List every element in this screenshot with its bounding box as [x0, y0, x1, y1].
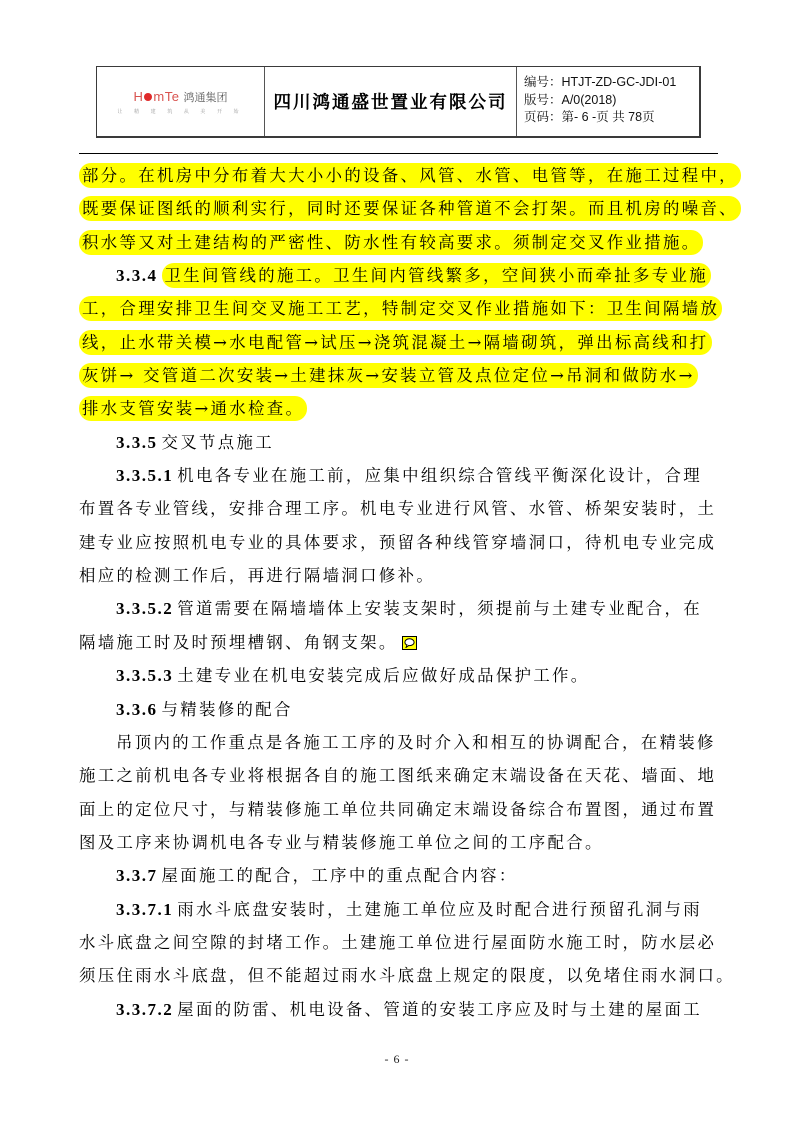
paragraph-text: 屋面施工的配合，工序中的重点配合内容：	[162, 866, 518, 885]
text-line: 积水等又对土建结构的严密性、防水性有较高要求。须制定交叉作业措施。	[79, 226, 721, 259]
section-line: 3.3.7.1雨水斗底盘安装时，土建施工单位应及时配合进行预留孔洞与雨	[79, 893, 721, 926]
logo-brand-en-h: H	[134, 89, 144, 104]
section-line: 3.3.5交叉节点施工	[79, 426, 721, 459]
paragraph-text: 相应的检测工作后，再进行隔墙洞口修补。	[79, 566, 435, 585]
section-line: 3.3.4卫生间管线的施工。卫生间内管线繁多，空间狭小而牵扯多专业施	[79, 259, 721, 292]
paragraph-text: 与精装修的配合	[162, 700, 293, 719]
comment-bubble-icon[interactable]	[402, 636, 417, 650]
paragraph-text: 布置各专业管线，安排合理工序。机电专业进行风管、水管、桥架安装时，土	[79, 499, 716, 518]
paragraph-text: 隔墙施工时及时预埋槽钢、角钢支架。	[79, 633, 398, 652]
paragraph-text: 管道需要在隔墙墙体上安装支架时，须提前与土建专业配合，在	[177, 599, 702, 618]
section-line: 3.3.7屋面施工的配合，工序中的重点配合内容：	[79, 859, 721, 892]
text-line: 水斗底盘之间空隙的封堵工作。土建施工单位进行屋面防水施工时，防水层必	[79, 926, 721, 959]
text-line: 既要保证图纸的顺利实行，同时还要保证各种管道不会打架。而且机房的噪音、	[79, 192, 721, 225]
logo-tagline: 让 精 建 筑 从 美 开 始	[117, 108, 243, 115]
logo-red-dot-icon	[144, 93, 152, 101]
text-line: 工，合理安排卫生间交叉施工工艺，特制定交叉作业措施如下：卫生间隔墙放	[79, 292, 721, 325]
paragraph-text: 屋面的防雷、机电设备、管道的安装工序应及时与土建的屋面工	[177, 1000, 702, 1019]
company-name-cell: 四川鸿通盛世置业有限公司	[265, 67, 517, 136]
text-line: 须压住雨水斗底盘，但不能超过雨水斗底盘上规定的限度，以免堵住雨水洞口。	[79, 959, 721, 992]
section-number: 3.3.5	[116, 433, 158, 452]
text-line: 面上的定位尺寸，与精装修施工单位共同确定末端设备综合布置图，通过布置	[79, 793, 721, 826]
section-number: 3.3.5.1	[116, 466, 173, 485]
paragraph-text: 须压住雨水斗底盘，但不能超过雨水斗底盘上规定的限度，以免堵住雨水洞口。	[79, 966, 735, 985]
highlighted-text: 既要保证图纸的顺利实行，同时还要保证各种管道不会打架。而且机房的噪音、	[79, 196, 741, 221]
section-number: 3.3.5.3	[116, 666, 173, 685]
text-line: 隔墙施工时及时预埋槽钢、角钢支架。	[79, 626, 721, 659]
paragraph-text: 水斗底盘之间空隙的封堵工作。土建施工单位进行屋面防水施工时，防水层必	[79, 933, 716, 952]
paragraph-text: 机电各专业在施工前，应集中组织综合管线平衡深化设计，合理	[177, 466, 702, 485]
paragraph-text: 建专业应按照机电专业的具体要求，预留各种线管穿墙洞口，待机电专业完成	[79, 533, 716, 552]
highlighted-text: 部分。在机房中分布着大大小小的设备、风管、水管、电管等，在施工过程中，	[79, 163, 741, 188]
text-line: 相应的检测工作后，再进行隔墙洞口修补。	[79, 559, 721, 592]
text-line: 吊顶内的工作重点是各施工工序的及时介入和相互的协调配合，在精装修	[79, 726, 721, 759]
highlighted-text: 积水等又对土建结构的严密性、防水性有较高要求。须制定交叉作业措施。	[79, 230, 703, 255]
section-line: 3.3.7.2屋面的防雷、机电设备、管道的安装工序应及时与土建的屋面工	[79, 993, 721, 1026]
logo-brand-cn: 鸿通集团	[183, 89, 227, 105]
page-number: - 6 -	[0, 1052, 794, 1067]
highlighted-text: 工，合理安排卫生间交叉施工工艺，特制定交叉作业措施如下：卫生间隔墙放	[79, 296, 722, 321]
section-number: 3.3.5.2	[116, 599, 173, 618]
paragraph-text: 施工之前机电各专业将根据各自的施工图纸来确定末端设备在天花、墙面、地	[79, 766, 716, 785]
logo-cell: H mTe 鸿通集团 让 精 建 筑 从 美 开 始	[97, 67, 265, 136]
paragraph-text: 面上的定位尺寸，与精装修施工单位共同确定末端设备综合布置图，通过布置	[79, 800, 716, 819]
paragraph-text: 吊顶内的工作重点是各施工工序的及时介入和相互的协调配合，在精装修	[116, 733, 716, 752]
section-line: 3.3.5.2管道需要在隔墙墙体上安装支架时，须提前与土建专业配合，在	[79, 592, 721, 625]
document-header-table: H mTe 鸿通集团 让 精 建 筑 从 美 开 始 四川鸿通盛世置业有限公司 …	[96, 66, 701, 138]
text-line: 布置各专业管线，安排合理工序。机电专业进行风管、水管、桥架安装时，土	[79, 492, 721, 525]
text-line: 建专业应按照机电专业的具体要求，预留各种线管穿墙洞口，待机电专业完成	[79, 526, 721, 559]
highlighted-text: 排水支管安装→通水检查。	[79, 396, 307, 421]
highlighted-text: 灰饼→ 交管道二次安装→土建抹灰→安装立管及点位定位→吊洞和做防水→	[79, 363, 698, 388]
highlighted-text: 线，止水带关模→水电配管→试压→浇筑混凝土→隔墙砌筑，弹出标高线和打	[79, 330, 712, 355]
section-number: 3.3.6	[116, 700, 158, 719]
document-meta-cell: 编号：HTJT-ZD-GC-JDⅠ-01 版号：A/0(2018) 页码：第- …	[517, 67, 699, 136]
section-number: 3.3.7	[116, 866, 158, 885]
paragraph-text: 土建专业在机电安装完成后应做好成品保护工作。	[177, 666, 589, 685]
text-line: 排水支管安装→通水检查。	[79, 392, 721, 425]
paragraph-text: 雨水斗底盘安装时，土建施工单位应及时配合进行预留孔洞与雨	[177, 900, 702, 919]
text-line: 图及工序来协调机电各专业与精装修施工单位之间的工序配合。	[79, 826, 721, 859]
section-number: 3.3.4	[116, 266, 158, 285]
text-line: 部分。在机房中分布着大大小小的设备、风管、水管、电管等，在施工过程中，	[79, 159, 721, 192]
document-version: 版号：A/0(2018)	[524, 92, 699, 110]
paragraph-text: 图及工序来协调机电各专业与精装修施工单位之间的工序配合。	[79, 833, 604, 852]
header-divider-line	[79, 153, 718, 154]
paragraph-text: 交叉节点施工	[162, 433, 274, 452]
section-line: 3.3.5.3土建专业在机电安装完成后应做好成品保护工作。	[79, 659, 721, 692]
company-logo: H mTe 鸿通集团	[134, 89, 228, 105]
text-line: 线，止水带关模→水电配管→试压→浇筑混凝土→隔墙砌筑，弹出标高线和打	[79, 326, 721, 359]
section-line: 3.3.6与精装修的配合	[79, 693, 721, 726]
section-number: 3.3.7.1	[116, 900, 173, 919]
text-line: 灰饼→ 交管道二次安装→土建抹灰→安装立管及点位定位→吊洞和做防水→	[79, 359, 721, 392]
section-number: 3.3.7.2	[116, 1000, 173, 1019]
document-page-info: 页码：第- 6 -页 共 78页	[524, 109, 699, 127]
logo-brand-en-rest: mTe	[153, 89, 179, 104]
section-line: 3.3.5.1机电各专业在施工前，应集中组织综合管线平衡深化设计，合理	[79, 459, 721, 492]
company-name: 四川鸿通盛世置业有限公司	[274, 89, 508, 114]
document-code: 编号：HTJT-ZD-GC-JDⅠ-01	[524, 74, 699, 92]
text-line: 施工之前机电各专业将根据各自的施工图纸来确定末端设备在天花、墙面、地	[79, 759, 721, 792]
document-body: 部分。在机房中分布着大大小小的设备、风管、水管、电管等，在施工过程中，既要保证图…	[79, 159, 721, 1026]
highlighted-text: 卫生间管线的施工。卫生间内管线繁多，空间狭小而牵扯多专业施	[162, 263, 711, 288]
